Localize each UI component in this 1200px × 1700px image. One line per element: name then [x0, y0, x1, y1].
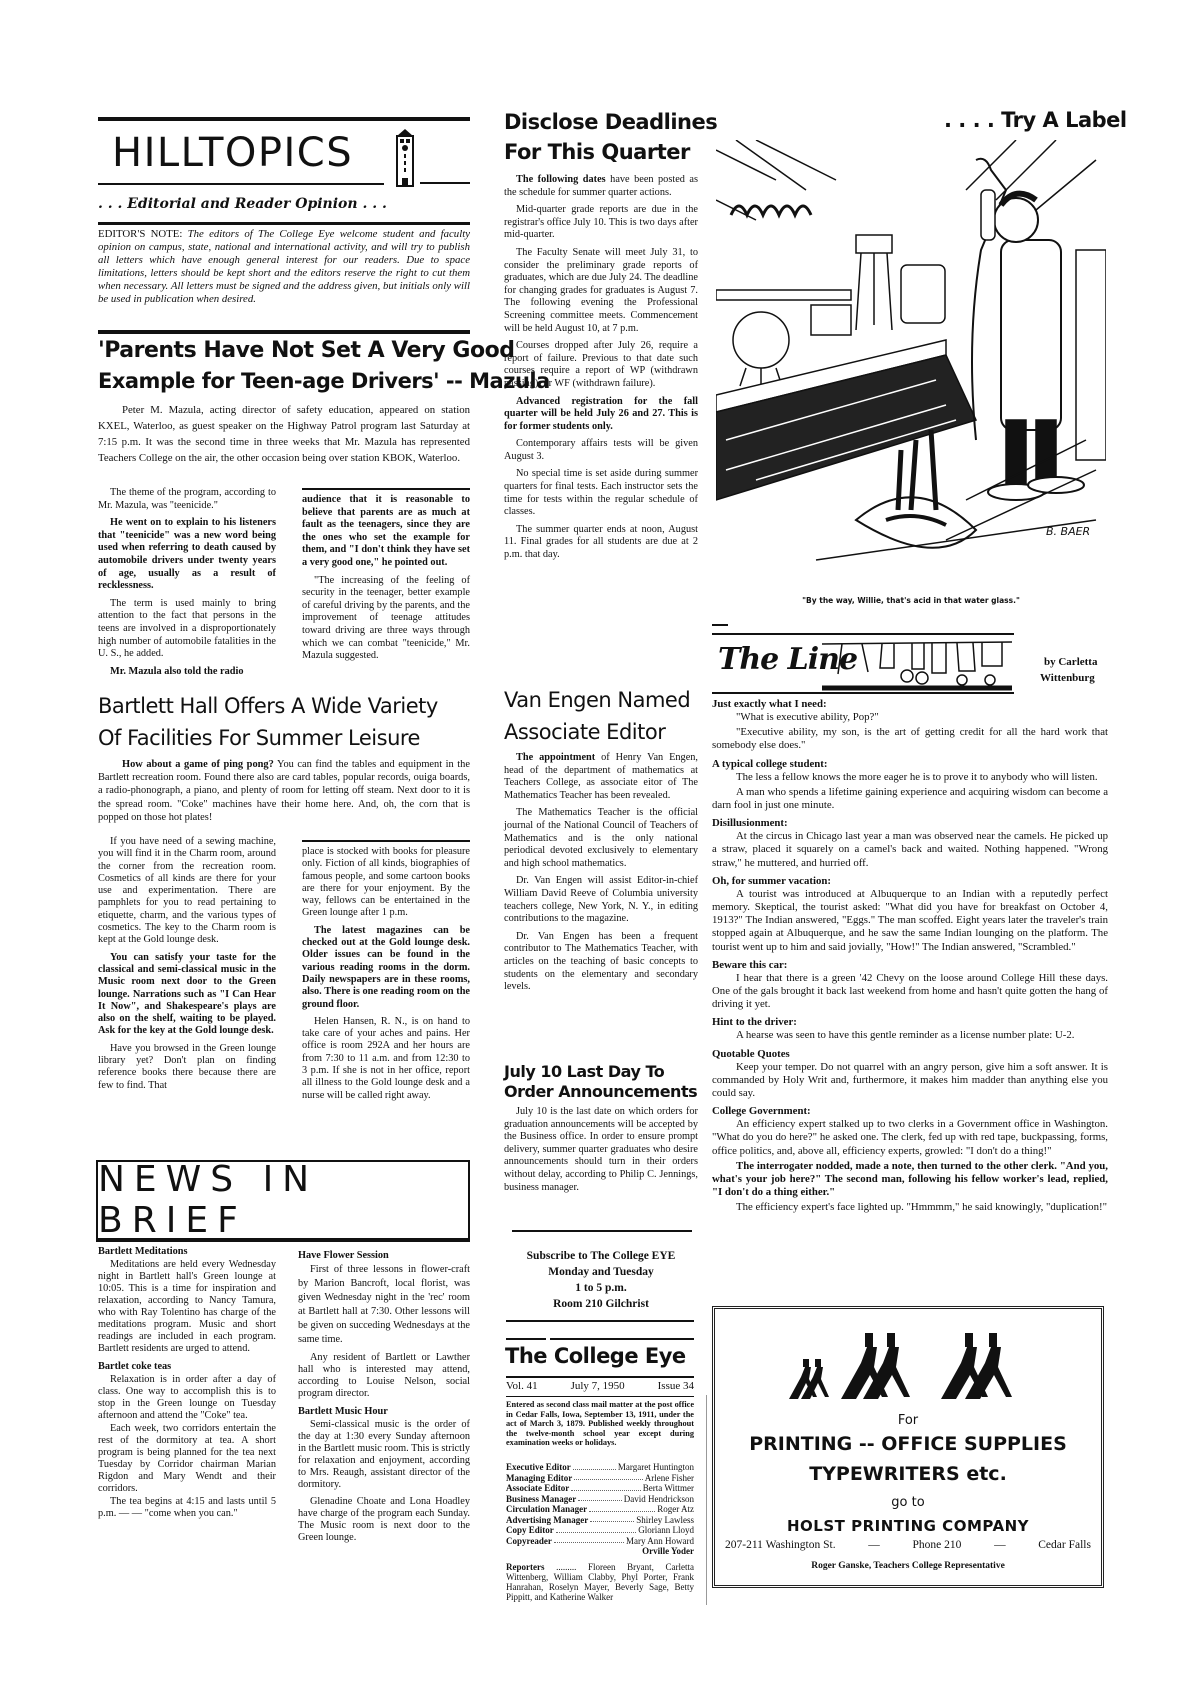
july10-text: July 10 is the last date on which orders…: [504, 1106, 698, 1194]
deadlines-p4: Contemporary affairs tests will be given…: [504, 438, 698, 463]
ad-contact: 207-211 Washington St.— Phone 210— Cedar…: [725, 1539, 1091, 1551]
line-s4-p1: A tourist was introduced at Albuquerque …: [712, 888, 1108, 954]
cartoon-caption: "By the way, Willie, that's acid in that…: [716, 596, 1106, 605]
staff-row: Advertising ManagerShirley Lawless: [506, 1515, 694, 1526]
the-line-bottom-rule: [712, 692, 1014, 694]
deadlines-headline-2: For This Quarter: [504, 140, 690, 164]
ad-address: 207-211 Washington St.: [725, 1539, 836, 1551]
reporters-label: Reporters: [506, 1562, 544, 1572]
bartlett-headline-2: Of Facilities For Summer Leisure: [98, 726, 420, 750]
editor-note-bottom-rule: [98, 330, 470, 334]
van-engen-lead: The appointment of Henry Van Engen, head…: [504, 752, 698, 802]
ad-phone: Phone 210: [912, 1539, 961, 1551]
mazula-col2-p1: audience that it is reasonable to believ…: [302, 494, 470, 570]
subscribe-top-rule: [512, 1230, 692, 1232]
staff-extra: Orville Yoder: [506, 1546, 694, 1557]
van-engen-p2: Dr. Van Engen will assist Editor-in-chie…: [504, 875, 698, 925]
staff-row: Circulation ManagerRoger Atz: [506, 1504, 694, 1515]
line-s8-p1: An efficiency expert stalked up to two c…: [712, 1118, 1108, 1158]
van-engen-headline-2: Associate Editor: [504, 720, 665, 744]
masthead-top-rule: [98, 117, 470, 121]
nib-col1-item2-p2: Each week, two corridors entertain the r…: [98, 1423, 276, 1495]
holst-printing-ad: For PRINTING -- OFFICE SUPPLIES TYPEWRIT…: [712, 1306, 1104, 1588]
bartlett-col1-p1: If you have need of a sewing machine, yo…: [98, 836, 276, 947]
nib-col2-item2-p2: Glenadine Choate and Lona Hoadley have c…: [298, 1496, 470, 1544]
mazula-col-1: The theme of the program, according to M…: [98, 487, 276, 683]
nib-col-1: Bartlett Meditations Meditations are hel…: [98, 1246, 276, 1525]
line-s1-p2: "Executive ability, my son, is the art o…: [712, 726, 1108, 752]
ad-line-2: TYPEWRITERS etc.: [715, 1463, 1101, 1485]
bartlett-lead-bold: How about a game of ping pong?: [122, 759, 274, 770]
deadlines-p2: The Faculty Senate will meet July 31, to…: [504, 247, 698, 335]
line-heading-6: Hint to the driver:: [712, 1016, 1108, 1028]
mazula-col1-p2: He went on to explain to his listeners t…: [98, 517, 276, 593]
van-engen-lead-bold: The appointment: [516, 752, 595, 763]
line-heading-1: Just exactly what I need:: [712, 698, 1108, 710]
masthead-mid-rule: [98, 183, 384, 185]
college-eye-info-top-rule: [506, 1376, 694, 1378]
nib-col1-item2-p3: The tea begins at 4:15 and lasts until 5…: [98, 1496, 276, 1520]
van-engen-body: The appointment of Henry Van Engen, head…: [504, 752, 698, 999]
deadlines-lead-bold: The following dates: [516, 174, 606, 185]
nib-col1-item1-p1: Meditations are held every Wednesday nig…: [98, 1259, 276, 1355]
ad-line-1: PRINTING -- OFFICE SUPPLIES: [715, 1433, 1101, 1455]
staff-row: Associate EditorBerta Wittmer: [506, 1483, 694, 1494]
masthead-side-rule: [420, 182, 470, 184]
bartlett-headline-1: Bartlett Hall Offers A Wide Variety: [98, 694, 438, 718]
bartlett-col1-p2: You can satisfy your taste for the class…: [98, 952, 276, 1038]
subscribe-box: Subscribe to The College EYE Monday and …: [504, 1248, 698, 1312]
deadlines-p6: The summer quarter ends at noon, August …: [504, 524, 698, 562]
bell-tower-icon: [394, 128, 416, 188]
clothesline-illustration-icon: [822, 638, 1012, 692]
staff-row: Managing EditorArlene Fisher: [506, 1473, 694, 1484]
line-heading-7: Quotable Quotes: [712, 1048, 1108, 1060]
byline-line-1: by Carletta: [1040, 654, 1097, 670]
bartlett-col-2: place is stocked with books for pleasure…: [302, 846, 470, 1107]
issue-number: Issue 34: [658, 1380, 694, 1392]
nib-col1-heading-2: Bartlet coke teas: [98, 1361, 276, 1372]
news-in-brief-title: NEWS IN BRIEF: [98, 1159, 468, 1241]
bartlett-lead: How about a game of ping pong? You can f…: [98, 758, 470, 829]
lab-cartoon-image: B. BAER: [716, 140, 1106, 590]
deadlines-lead: The following dates have been posted as …: [504, 174, 698, 199]
line-s2-p2: A man who spends a lifetime gaining expe…: [712, 786, 1108, 812]
mazula-col-2: audience that it is reasonable to believ…: [302, 494, 470, 668]
line-s5-p1: I hear that there is a green '42 Chevy o…: [712, 972, 1108, 1012]
column-divider: [706, 1395, 707, 1605]
line-s6-p1: A hearse was seen to have this gentle re…: [712, 1029, 1108, 1042]
line-s2-p1: The less a fellow knows the more eager h…: [712, 771, 1108, 784]
staff-list: Executive EditorMargaret Huntington Mana…: [506, 1462, 694, 1602]
cartoon-illustration: B. BAER: [716, 140, 1106, 590]
deadlines-body: The following dates have been posted as …: [504, 174, 698, 567]
nib-col2-heading-1: Have Flower Session: [298, 1250, 470, 1261]
nib-col2-item1-p2: Any resident of Bartlett or Lawther hall…: [298, 1352, 470, 1400]
ad-company: HOLST PRINTING COMPANY: [715, 1517, 1101, 1535]
college-eye-title: The College Eye: [505, 1344, 686, 1368]
the-line-logo: The Line: [712, 638, 1014, 692]
ad-city: Cedar Falls: [1038, 1539, 1091, 1551]
nib-col2-item2-p1: Semi-classical music is the order of the…: [298, 1419, 470, 1491]
subscribe-line-2: Monday and Tuesday: [504, 1264, 698, 1280]
mazula-col1-p1: The theme of the program, according to M…: [98, 487, 276, 512]
mazula-headline-1: 'Parents Have Not Set A Very Good: [98, 338, 514, 363]
college-eye-rule-right: [550, 1338, 694, 1340]
bartlett-col2-p1: place is stocked with books for pleasure…: [302, 846, 470, 920]
the-line-top-rule: [712, 633, 1014, 635]
van-engen-p3: Dr. Van Engen has been a frequent contri…: [504, 931, 698, 994]
mazula-lead-text: Peter M. Mazula, acting director of safe…: [98, 402, 470, 466]
staff-row: Executive EditorMargaret Huntington: [506, 1462, 694, 1473]
line-s7-p1: Keep your temper. Do not quarrel with an…: [712, 1061, 1108, 1101]
subscribe-bottom-rule: [506, 1320, 694, 1322]
college-eye-info: Vol. 41 July 7, 1950 Issue 34: [506, 1380, 694, 1392]
editor-note: EDITOR'S NOTE: The editors of The Colleg…: [98, 228, 470, 306]
editor-note-lead: EDITOR'S NOTE:: [98, 228, 182, 240]
line-s1-p1: "What is executive ability, Pop?": [712, 711, 1108, 724]
bartlett-col2-p2: The latest magazines can be checked out …: [302, 925, 470, 1011]
mazula-col2-p2: "The increasing of the feeling of securi…: [302, 575, 470, 663]
college-eye-rule-left: [506, 1338, 546, 1340]
masthead-bottom-rule: [98, 222, 470, 225]
issue-date: July 7, 1950: [571, 1380, 625, 1392]
mazula-lead: Peter M. Mazula, acting director of safe…: [98, 402, 470, 471]
subscribe-line-1: Subscribe to The College EYE: [504, 1248, 698, 1264]
line-heading-2: A typical college student:: [712, 758, 1108, 770]
staff-row: CopyreaderMary Ann Howard: [506, 1536, 694, 1547]
bartlett-col2-rule: [302, 840, 470, 842]
bartlett-col-1: If you have need of a sewing machine, yo…: [98, 836, 276, 1097]
july10-headline-1: July 10 Last Day To: [504, 1062, 664, 1081]
line-heading-4: Oh, for summer vacation:: [712, 875, 1108, 887]
nib-col2-item1-p1: First of three lessons in flower-craft b…: [298, 1263, 470, 1347]
the-line-byline: by Carletta Wittenburg: [1040, 654, 1097, 686]
mazula-col2-rule: [302, 488, 470, 490]
college-eye-info-bottom-rule: [506, 1396, 694, 1397]
deadlines-p5: No special time is set aside during summ…: [504, 468, 698, 518]
cartoon-title: . . . . Try A Label: [944, 108, 1127, 132]
line-heading-5: Beware this car:: [712, 959, 1108, 971]
entry-note: Entered as second class mail matter at t…: [506, 1400, 694, 1448]
cartoon-caption-rule: [712, 624, 728, 626]
mazula-headline-2: Example for Teen-age Drivers' -- Mazula: [98, 369, 550, 393]
mazula-col1-p4: Mr. Mazula also told the radio: [98, 666, 276, 679]
line-s3-p1: At the circus in Chicago last year a man…: [712, 830, 1108, 870]
nib-col1-item2-p1: Relaxation is in order after a day of cl…: [98, 1374, 276, 1422]
news-in-brief-box: NEWS IN BRIEF: [96, 1160, 470, 1242]
subscribe-line-4: Room 210 Gilchrist: [504, 1296, 698, 1312]
staff-row: Copy EditorGloriann Lloyd: [506, 1525, 694, 1536]
ad-for: For: [715, 1413, 1101, 1428]
bartlett-col1-p3: Have you browsed in the Green lounge lib…: [98, 1043, 276, 1092]
bartlett-col2-p3: Helen Hansen, R. N., is on hand to take …: [302, 1016, 470, 1102]
volume: Vol. 41: [506, 1380, 538, 1392]
staff-row: Business ManagerDavid Hendrickson: [506, 1494, 694, 1505]
reporters: Reporters ......... Floreen Bryant, Carl…: [506, 1562, 694, 1602]
van-engen-headline-1: Van Engen Named: [504, 688, 690, 712]
cartoon-signature: B. BAER: [1046, 525, 1090, 538]
mazula-col1-p3: The term is used mainly to bring attenti…: [98, 598, 276, 661]
masthead-tagline: . . . Editorial and Reader Opinion . . .: [98, 196, 387, 212]
van-engen-p1: The Mathematics Teacher is the official …: [504, 807, 698, 870]
nib-col2-heading-2: Bartlett Music Hour: [298, 1406, 470, 1417]
the-line-body: Just exactly what I need: "What is execu…: [712, 698, 1108, 1217]
ad-go-to: go to: [715, 1495, 1101, 1510]
byline-line-2: Wittenburg: [1040, 670, 1097, 686]
subscribe-line-3: 1 to 5 p.m.: [504, 1280, 698, 1296]
july10-body: July 10 is the last date on which orders…: [504, 1106, 698, 1199]
deadlines-p3: Courses dropped after July 26, require a…: [504, 340, 698, 390]
line-s8-p2: The efficiency expert's face lighted up.…: [712, 1201, 1108, 1214]
deadlines-p1: Mid-quarter grade reports are due in the…: [504, 204, 698, 242]
nib-col1-heading-1: Bartlett Meditations: [98, 1246, 276, 1257]
marching-men-icon: [781, 1331, 1041, 1401]
july10-headline-2: Order Announcements: [504, 1082, 697, 1101]
deadlines-bold-para: Advanced registration for the fall quart…: [504, 396, 698, 434]
hilltopics-title: HILLTOPICS: [112, 130, 353, 176]
line-heading-8: College Government:: [712, 1105, 1108, 1117]
nib-col-2: Have Flower Session First of three lesso…: [298, 1250, 470, 1549]
line-s8-bold: The interrogater nodded, made a note, th…: [712, 1160, 1108, 1200]
bartlett-lead-para: How about a game of ping pong? You can f…: [98, 758, 470, 824]
line-heading-3: Disillusionment:: [712, 817, 1108, 829]
ad-rep: Roger Ganske, Teachers College Represent…: [715, 1561, 1101, 1571]
deadlines-headline-1: Disclose Deadlines: [504, 110, 717, 134]
